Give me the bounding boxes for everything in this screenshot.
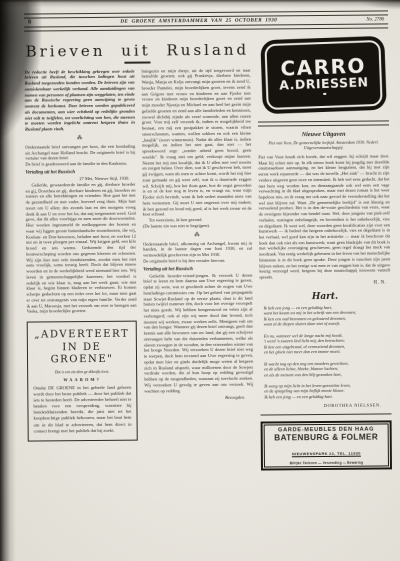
carro-advert-name: A.DRIESSEN xyxy=(278,75,368,93)
column-left: De redactie heeft de beschikking gekrege… xyxy=(24,68,137,441)
letter-closing-note: (De laatste zin was niet te begrijpen). xyxy=(143,222,252,229)
second-letter-body: Geliefde broeder-vriend-jongen. Ik verzo… xyxy=(143,272,253,394)
translation-heading: Vertaling uit het Russisch xyxy=(25,169,135,175)
right-column-rule xyxy=(258,120,389,126)
second-letter-signoff: Bezorgden. xyxy=(144,395,245,401)
garde-advert-firm-name: BATENBURG & FOLMER xyxy=(266,432,387,442)
article-title: Brieven uit Rusland xyxy=(24,41,250,61)
translation-heading: Vertaling uit het Russisch xyxy=(143,266,252,272)
book-bibliographic-note: Piet van Veen, De gemeenelijke leeftijd.… xyxy=(264,139,383,151)
reviewer-initials: H. N. xyxy=(259,280,386,286)
page-number: 8 xyxy=(28,20,31,26)
groene-advert-why: WAAROM? xyxy=(33,376,131,382)
carro-advert-logo: CARRO A.DRIESSEN xyxy=(260,36,387,114)
column-right: CARRO A.DRIESSEN Nieuwe Uitgaven Piet va… xyxy=(257,33,392,470)
groene-advert-tagline: Dat is een zin dien ge dikwijls leest. xyxy=(33,369,131,374)
garde-meubles-advert-box: GARDE-MEUBLES DEN HAAG BATENBURG & FOLME… xyxy=(261,420,392,470)
letter-provenance-note: Onderstaande brief ontvangen per boot, d… xyxy=(25,143,135,167)
article-area: Brieven uit Rusland De redactie heeft de… xyxy=(24,35,254,473)
column-middle: huisgezin en mijn dierje, uit de tijd to… xyxy=(141,67,253,440)
right-column-bottom-rule xyxy=(261,413,392,415)
groene-advert-body: Omdat DE GROENE in het geheele land gele… xyxy=(33,384,131,434)
groene-advert-title-line1: „ADVERTEERT xyxy=(33,329,131,342)
asterism-divider: ⁂ xyxy=(25,134,135,141)
book-review-body: Piet van Veen houdt zich kwiek, dat wil … xyxy=(258,153,390,280)
second-letter-provenance-note: Onderstaande brief, afkomstig uit Archan… xyxy=(143,240,252,264)
issue-number: No. 2786 xyxy=(366,17,384,22)
poem-author-signature: DOROTHEA NIELSSEN. xyxy=(260,402,381,408)
letter-dateline: 27 Mei, Nieuwe Stijl, 1930. xyxy=(25,175,129,181)
carro-advert-brand: CARRO xyxy=(280,55,366,78)
editorial-intro: De redactie heeft de beschikking gekrege… xyxy=(24,68,135,132)
poem-stanzas: Ik heb een jong — en een gelukkig hart, … xyxy=(264,304,392,400)
carro-advert-ornament xyxy=(322,93,325,95)
title-underline xyxy=(124,61,150,63)
groene-advert-title-line2: IN DE GROENE" xyxy=(33,341,131,367)
page-content: 8 DE GROENE AMSTERDAMMER VAN 25 OCTOBER … xyxy=(24,10,393,558)
nieuwe-uitgaven-heading: Nieuwe Uitgaven xyxy=(258,130,389,138)
scanned-newspaper-page: 8 DE GROENE AMSTERDAMMER VAN 25 OCTOBER … xyxy=(0,0,400,561)
groene-advert-box: „ADVERTEERT IN DE GROENE" Dat is een zin… xyxy=(27,321,138,442)
letter-body: Geliefde, gewaardeerde familie en gij, d… xyxy=(25,181,136,314)
asterism-divider: ⁂ xyxy=(143,231,252,238)
poem-title: Hart. xyxy=(259,291,390,302)
garde-advert-services: Billijke Tarieven — Verzending — Bewarin… xyxy=(266,460,387,465)
letter-body-continued: huisgezin en mijn dierje, uit de tijd to… xyxy=(141,67,251,217)
garde-advert-address: NIEUWENSPARK 22, TEL. 11930 xyxy=(292,451,361,457)
